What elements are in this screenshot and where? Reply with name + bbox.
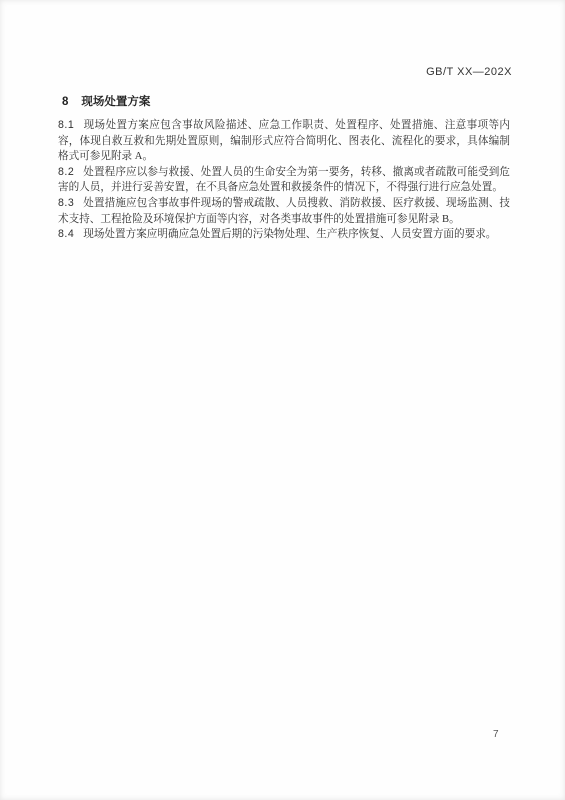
section-title: 现场处置方案 [81,96,150,108]
clause-text: 处置措施应包含事故事件现场的警戒疏散、人员搜救、消防救援、医疗救援、现场监测、技… [58,198,510,225]
section-heading: 8现场处置方案 [62,93,150,109]
clause-number: 8.4 [58,228,74,240]
clause-paragraph: 8.3处置措施应包含事故事件现场的警戒疏散、人员搜救、消防救援、医疗救援、现场监… [58,196,510,227]
section-number: 8 [62,96,68,108]
clause-number: 8.2 [58,166,74,178]
clause-number: 8.3 [58,197,74,209]
clause-text: 现场处置方案应包含事故风险描述、应急工作职责、处置程序、处置措施、注意事项等内容… [58,120,510,162]
clause-paragraph: 8.2处置程序应以参与救援、处置人员的生命安全为第一要务，转移、撤离或者疏散可能… [58,165,510,196]
clause-paragraph: 8.4现场处置方案应明确应急处置后期的污染物处理、生产秩序恢复、人员安置方面的要… [58,227,510,243]
standard-code-header: GB/T XX—202X [426,66,512,78]
clause-text: 处置程序应以参与救援、处置人员的生命安全为第一要务，转移、撤离或者疏散可能受到危… [58,167,510,194]
page-number: 7 [493,729,499,740]
body-text: 8.1现场处置方案应包含事故风险描述、应急工作职责、处置程序、处置措施、注意事项… [58,118,510,243]
document-page: GB/T XX—202X 8现场处置方案 8.1现场处置方案应包含事故风险描述、… [0,0,565,800]
clause-paragraph: 8.1现场处置方案应包含事故风险描述、应急工作职责、处置程序、处置措施、注意事项… [58,118,510,165]
clause-number: 8.1 [58,119,74,131]
clause-text: 现场处置方案应明确应急处置后期的污染物处理、生产秩序恢复、人员安置方面的要求。 [83,229,496,240]
